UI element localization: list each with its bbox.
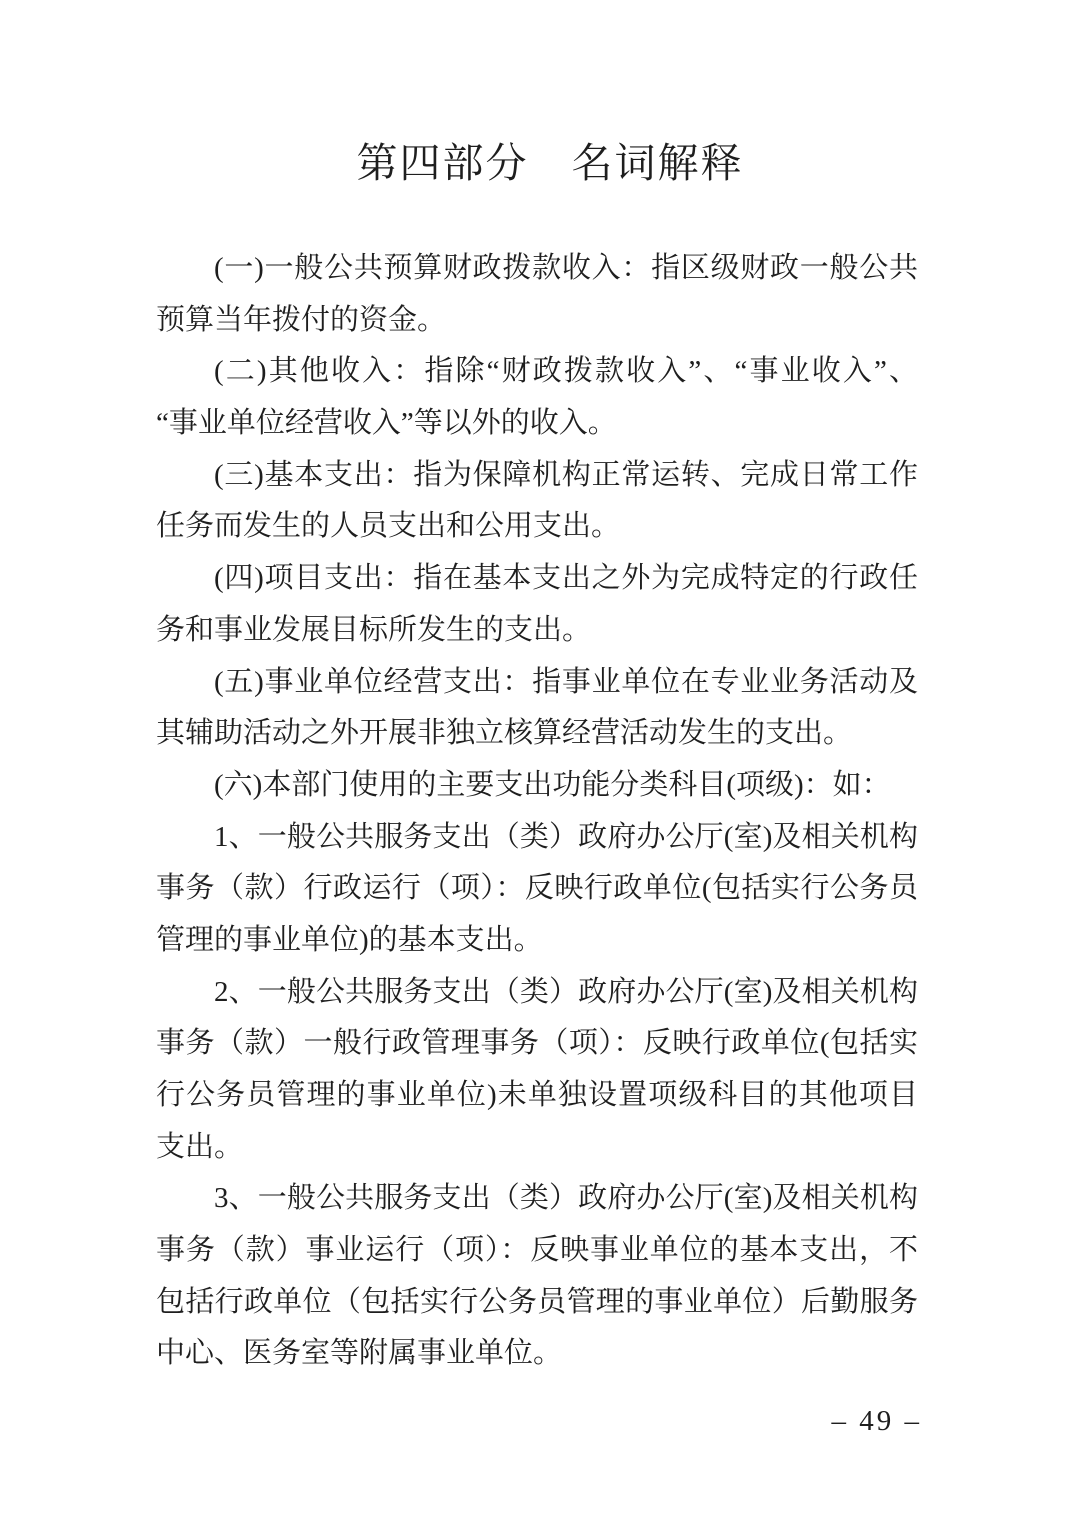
- text-line: 事务（款）一般行政管理事务（项）：反映行政单位(包括实: [156, 1018, 918, 1070]
- text-line: (六)本部门使用的主要支出功能分类科目(项级)：如：: [156, 760, 918, 812]
- text-line: 事务（款）行政运行（项）：反映行政单位(包括实行公务员: [156, 863, 918, 915]
- document-page: 第四部分 名词解释 (一)一般公共预算财政拨款收入：指区级财政一般公共预算当年拨…: [0, 0, 1074, 1520]
- text-line: 务和事业发展目标所发生的支出。: [156, 605, 918, 657]
- text-line: 预算当年拨付的资金。: [156, 295, 918, 347]
- text-line: 行公务员管理的事业单位)未单独设置项级科目的其他项目: [156, 1070, 918, 1122]
- text-line: “事业单位经营收入”等以外的收入。: [156, 398, 918, 450]
- text-line: (二)其他收入：指除“财政拨款收入”、“事业收入”、: [156, 346, 918, 398]
- text-line: 3、一般公共服务支出（类）政府办公厅(室)及相关机构: [156, 1173, 918, 1225]
- text-line: 1、一般公共服务支出（类）政府办公厅(室)及相关机构: [156, 812, 918, 864]
- text-line: 2、一般公共服务支出（类）政府办公厅(室)及相关机构: [156, 967, 918, 1019]
- text-line: 包括行政单位（包括实行公务员管理的事业单位）后勤服务: [156, 1277, 918, 1329]
- text-line: 事务（款）事业运行（项）：反映事业单位的基本支出，不: [156, 1225, 918, 1277]
- text-line: (四)项目支出：指在基本支出之外为完成特定的行政任: [156, 553, 918, 605]
- document-body: (一)一般公共预算财政拨款收入：指区级财政一般公共预算当年拨付的资金。(二)其他…: [156, 243, 918, 1380]
- page-number: – 49 –: [832, 1405, 923, 1438]
- text-line: 其辅助活动之外开展非独立核算经营活动发生的支出。: [156, 708, 918, 760]
- text-line: 管理的事业单位)的基本支出。: [156, 915, 918, 967]
- text-line: 任务而发生的人员支出和公用支出。: [156, 501, 918, 553]
- text-line: 支出。: [156, 1122, 918, 1174]
- text-line: (五)事业单位经营支出：指事业单位在专业业务活动及: [156, 657, 918, 709]
- text-line: 中心、医务室等附属事业单位。: [156, 1328, 918, 1380]
- page-title: 第四部分 名词解释: [13, 130, 1074, 189]
- text-line: (一)一般公共预算财政拨款收入：指区级财政一般公共: [156, 243, 918, 295]
- text-line: (三)基本支出：指为保障机构正常运转、完成日常工作: [156, 450, 918, 502]
